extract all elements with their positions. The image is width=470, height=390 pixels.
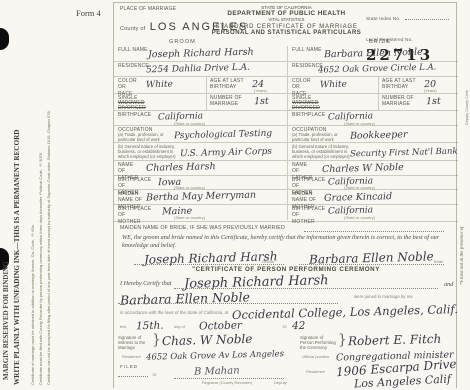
place-of-marriage-label: PLACE OF MARRIAGE bbox=[120, 6, 176, 12]
witness-residence-value: 4652 Oak Grove Av Los Angeles bbox=[146, 349, 284, 363]
residence-label: RESIDENCE bbox=[118, 63, 149, 69]
performer-signature: Robert E. Fitch bbox=[348, 332, 442, 348]
bride-color-race: White bbox=[320, 80, 347, 91]
groom-full-name: Joseph Richard Harsh bbox=[148, 47, 254, 61]
bride-mother-name: Grace Kincaid bbox=[324, 191, 392, 204]
filed-label: FILED bbox=[120, 364, 138, 370]
day-of-label: day of bbox=[174, 324, 185, 329]
and-label: and bbox=[444, 281, 453, 288]
day-value: 15th. bbox=[136, 320, 164, 333]
state-index-blank bbox=[405, 19, 449, 20]
ceremony-place-value: Occidental College, Los Angeles, Calif. bbox=[232, 302, 458, 322]
occupation-a-sub-bride: (a) Trade, profession, or particular kin… bbox=[292, 132, 344, 142]
groom-column-header: GROOM bbox=[169, 39, 196, 46]
margin-note-2: Certificate must be filed with County Re… bbox=[38, 45, 43, 385]
groom-occupation-a: Psychological Testing bbox=[174, 129, 272, 142]
groom-column: FULL NAME Joseph Richard Harsh RESIDENCE… bbox=[114, 46, 287, 220]
county-label: County of bbox=[120, 26, 145, 32]
performer-brace: } bbox=[338, 332, 347, 348]
margin-permanent-text: WRITE PLAINLY WITH UNFADING INK—THIS IS … bbox=[13, 40, 21, 385]
witness-signature: Chas. W Noble bbox=[162, 332, 253, 348]
full-name-label: FULL NAME bbox=[118, 47, 148, 53]
age-years-hint-bride: (Years) bbox=[424, 88, 437, 93]
witness-signature-label: Signature of Witness to the Marriage bbox=[118, 335, 152, 350]
margin-note-1: Certificate of marriage must be obtained… bbox=[30, 45, 35, 385]
bride-father-name: Charles W Noble bbox=[322, 162, 404, 175]
groom-color-race: White bbox=[146, 80, 173, 91]
age-years-hint: (Years) bbox=[254, 88, 267, 93]
bride-marriage-number: 1st bbox=[426, 96, 441, 107]
groom-father-name: Charles Harsh bbox=[146, 161, 216, 174]
dept-heading: DEPARTMENT OF PUBLIC HEALTH bbox=[209, 10, 364, 17]
groom-occupation-b: U.S. Army Air Corps bbox=[180, 147, 272, 159]
maiden-name-previous-label: MAIDEN NAME OF BRIDE, IF SHE WAS PREVIOU… bbox=[120, 225, 285, 232]
performer-signature-label: Signature of Person Performing the Cerem… bbox=[300, 335, 336, 350]
this-label: this bbox=[120, 324, 126, 329]
filed-year-prefix: 19 bbox=[152, 372, 156, 377]
maiden-name-blank bbox=[304, 231, 444, 232]
particulars-heading: PERSONAL AND STATISTICAL PARTICULARS bbox=[209, 30, 364, 36]
certify-groom-name: Joseph Richard Harsh bbox=[184, 273, 329, 292]
certificate-form: PLACE OF MARRIAGE County of LOS ANGELES … bbox=[113, 2, 457, 388]
registrar-sig-line bbox=[174, 378, 284, 379]
year-value: 42 bbox=[292, 320, 306, 332]
occupation-a-sub: (a) Trade, profession, or particular kin… bbox=[118, 132, 170, 142]
registrar-label: Registrar (County Recorder) bbox=[202, 380, 252, 385]
marriage-number-label: NUMBER OF MARRIAGE bbox=[210, 95, 244, 108]
accordance-label: in accordance with the laws of the State… bbox=[120, 310, 228, 315]
year-prefix: 19 bbox=[282, 324, 286, 329]
vital-heading: VITAL STATISTICS bbox=[209, 17, 364, 22]
certificate-scan: MARGIN RESERVED FOR BINDING WRITE PLAINL… bbox=[0, 0, 470, 390]
age-label: AGE AT LAST BIRTHDAY bbox=[210, 78, 244, 91]
state-index-label: State Index No. bbox=[366, 16, 401, 21]
bride-occupation-a: Bookkeeper bbox=[350, 129, 408, 141]
i-hereby-certify-label: I Hereby Certify that bbox=[120, 280, 172, 287]
marriage-number-label-bride: NUMBER OF MARRIAGE bbox=[382, 95, 416, 108]
bride-residence: 4652 Oak Grove Circle L.A. bbox=[318, 62, 437, 75]
bride-full-name: Barbara Ellen Noble bbox=[324, 47, 423, 61]
occupation-b-sub: (b) General nature of industry, business… bbox=[118, 144, 176, 159]
binding-notch-top bbox=[0, 28, 9, 50]
groom-mother-name: Bertha May Merryman bbox=[146, 190, 256, 204]
form-number: Form 4 bbox=[76, 8, 101, 18]
age-label-bride: AGE AT LAST BIRTHDAY bbox=[382, 78, 416, 91]
filed-date-blank bbox=[118, 376, 148, 377]
occupation-b-sub-bride: (b) General nature of industry, business… bbox=[292, 144, 350, 159]
month-value: October bbox=[199, 319, 242, 332]
official-position-label: Official position bbox=[302, 354, 329, 359]
ceremony-title: "CERTIFICATE OF PERSON PERFORMING CEREMO… bbox=[114, 266, 458, 273]
bride-occupation-b: Security First Nat'l Bank bbox=[350, 147, 458, 160]
margin-binding-text: MARGIN RESERVED FOR BINDING bbox=[2, 60, 10, 380]
joined-in-marriage-label: were joined in marriage by me bbox=[354, 294, 413, 299]
mother-birthplace-hint: (State or country) bbox=[174, 215, 205, 220]
mother-birthplace-hint-bride: (State or country) bbox=[344, 215, 375, 220]
bride-column: FULL NAME Barbara Ellen Noble RESIDENCE … bbox=[288, 46, 458, 220]
full-name-label-bride: FULL NAME bbox=[292, 47, 322, 53]
margin-filled-out: *Filled out in the presence of bbox=[460, 195, 465, 285]
we-certify-text: WE, the groom and bride named in this Ce… bbox=[122, 234, 452, 250]
witness-residence-label: Residence bbox=[122, 354, 141, 359]
groom-residence: 5254 Dahlia Drive L.A. bbox=[146, 63, 250, 76]
bride-column-header: BRIDE bbox=[369, 39, 391, 46]
registrar-deputy-label: Deputy bbox=[274, 380, 287, 385]
birthplace-label-bride: BIRTHPLACE bbox=[292, 112, 325, 118]
groom-marriage-number: 1st bbox=[254, 96, 269, 107]
margin-note-3: Certificate can not be accepted for fili… bbox=[46, 45, 51, 385]
registrar-signature: B Mahan bbox=[194, 365, 240, 377]
birthplace-label: BIRTHPLACE bbox=[118, 112, 151, 118]
performer-residence-label: Residence bbox=[306, 369, 325, 374]
witness-brace: } bbox=[152, 332, 161, 348]
margin-deputy-clerk: Deputy County Clerk bbox=[465, 55, 469, 125]
